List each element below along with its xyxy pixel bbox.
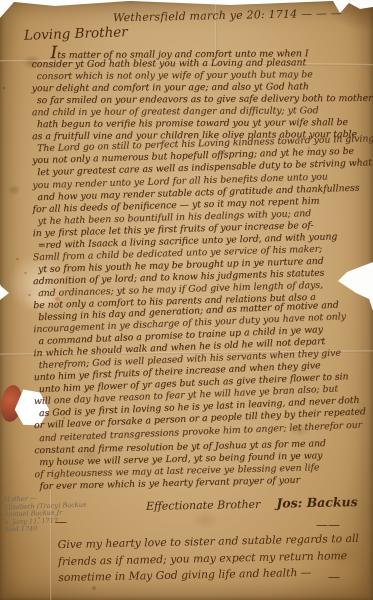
signature: Jos: Backus [276,494,358,510]
pen-dash: —— [316,518,340,532]
closing-line: Effectionate BrotherJos: Backus [146,494,358,513]
closing-phrase: Effectionate Brother [146,498,261,513]
foxing-specks [3,87,5,89]
pencil-annotation: Mother — Elizabeth (Tracy) Backus Samuel… [3,494,87,535]
dateline: Wethersfield march ye 20: 1714 — — — [113,7,342,25]
pencil-line: died 1740 [4,524,87,534]
salutation: Loving Brother [24,24,128,44]
letter-body: Its matter of no small joy and comfort u… [36,45,373,493]
letter-photo: Wethersfield march ye 20: 1714 — — — Lov… [0,0,373,600]
pen-dash: — [328,570,340,584]
letter-paper: Wethersfield march ye 20: 1714 — — — Lov… [0,0,373,600]
red-ink-specks [16,258,19,260]
postscript: Give my hearty love to sister and sutabl… [58,531,360,587]
